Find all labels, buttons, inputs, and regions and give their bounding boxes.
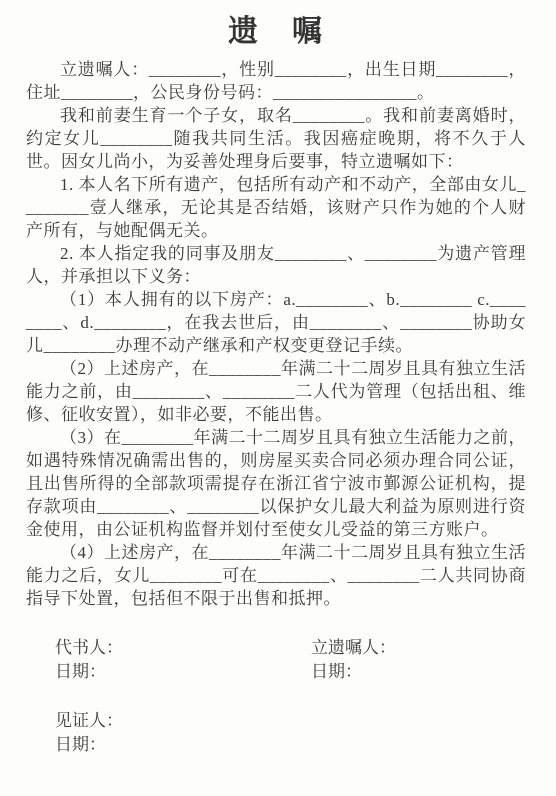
- scribe-name-label: 代书人：: [55, 636, 311, 660]
- clause-2-administrators: 2. 本人指定我的同事及朋友________、________为遗产管理人，并承…: [26, 242, 526, 288]
- witness-name-label: 见证人：: [55, 709, 311, 733]
- subclause-3-sale-conditions: （3）在________年满二十二周岁且具有独立生活能力之前，如遇特殊情况确需出…: [26, 426, 526, 541]
- paragraph-testator-info: 立遗嘱人：________，性别________，出生日期________，住址…: [26, 58, 526, 104]
- witness-signature-block: 见证人： 日期：: [26, 709, 311, 757]
- document-title: 遗 嘱: [26, 6, 526, 50]
- document-body: 立遗嘱人：________，性别________，出生日期________，住址…: [26, 58, 526, 610]
- testator-name-label: 立遗嘱人：: [311, 636, 526, 660]
- will-document-page: 遗 嘱 立遗嘱人：________，性别________，出生日期_______…: [0, 0, 556, 796]
- signature-row-witness: 见证人： 日期：: [26, 709, 526, 757]
- signature-row-main: 代书人： 日期： 立遗嘱人： 日期：: [26, 636, 526, 684]
- scribe-date-label: 日期：: [55, 660, 311, 684]
- subclause-4-disposal: （4）上述房产，在________年满二十二周岁且具有独立生活能力之后，女儿__…: [26, 541, 526, 610]
- subclause-1-properties: （1）本人拥有的以下房产：a.________、b.________ c.___…: [26, 288, 526, 357]
- testator-signature-block: 立遗嘱人： 日期：: [311, 636, 526, 684]
- testator-date-label: 日期：: [311, 660, 526, 684]
- paragraph-background: 我和前妻生育一个子女，取名________。我和前妻离婚时，约定女儿______…: [26, 104, 526, 173]
- subclause-2-management: （2）上述房产，在________年满二十二周岁且具有独立生活能力之前，由___…: [26, 357, 526, 426]
- signature-area: 代书人： 日期： 立遗嘱人： 日期： 见证人： 日期：: [26, 636, 526, 757]
- witness-date-label: 日期：: [55, 733, 311, 757]
- clause-1-inheritance: 1. 本人名下所有遗产，包括所有动产和不动产，全部由女儿________壹人继承…: [26, 173, 526, 242]
- scribe-signature-block: 代书人： 日期：: [26, 636, 311, 684]
